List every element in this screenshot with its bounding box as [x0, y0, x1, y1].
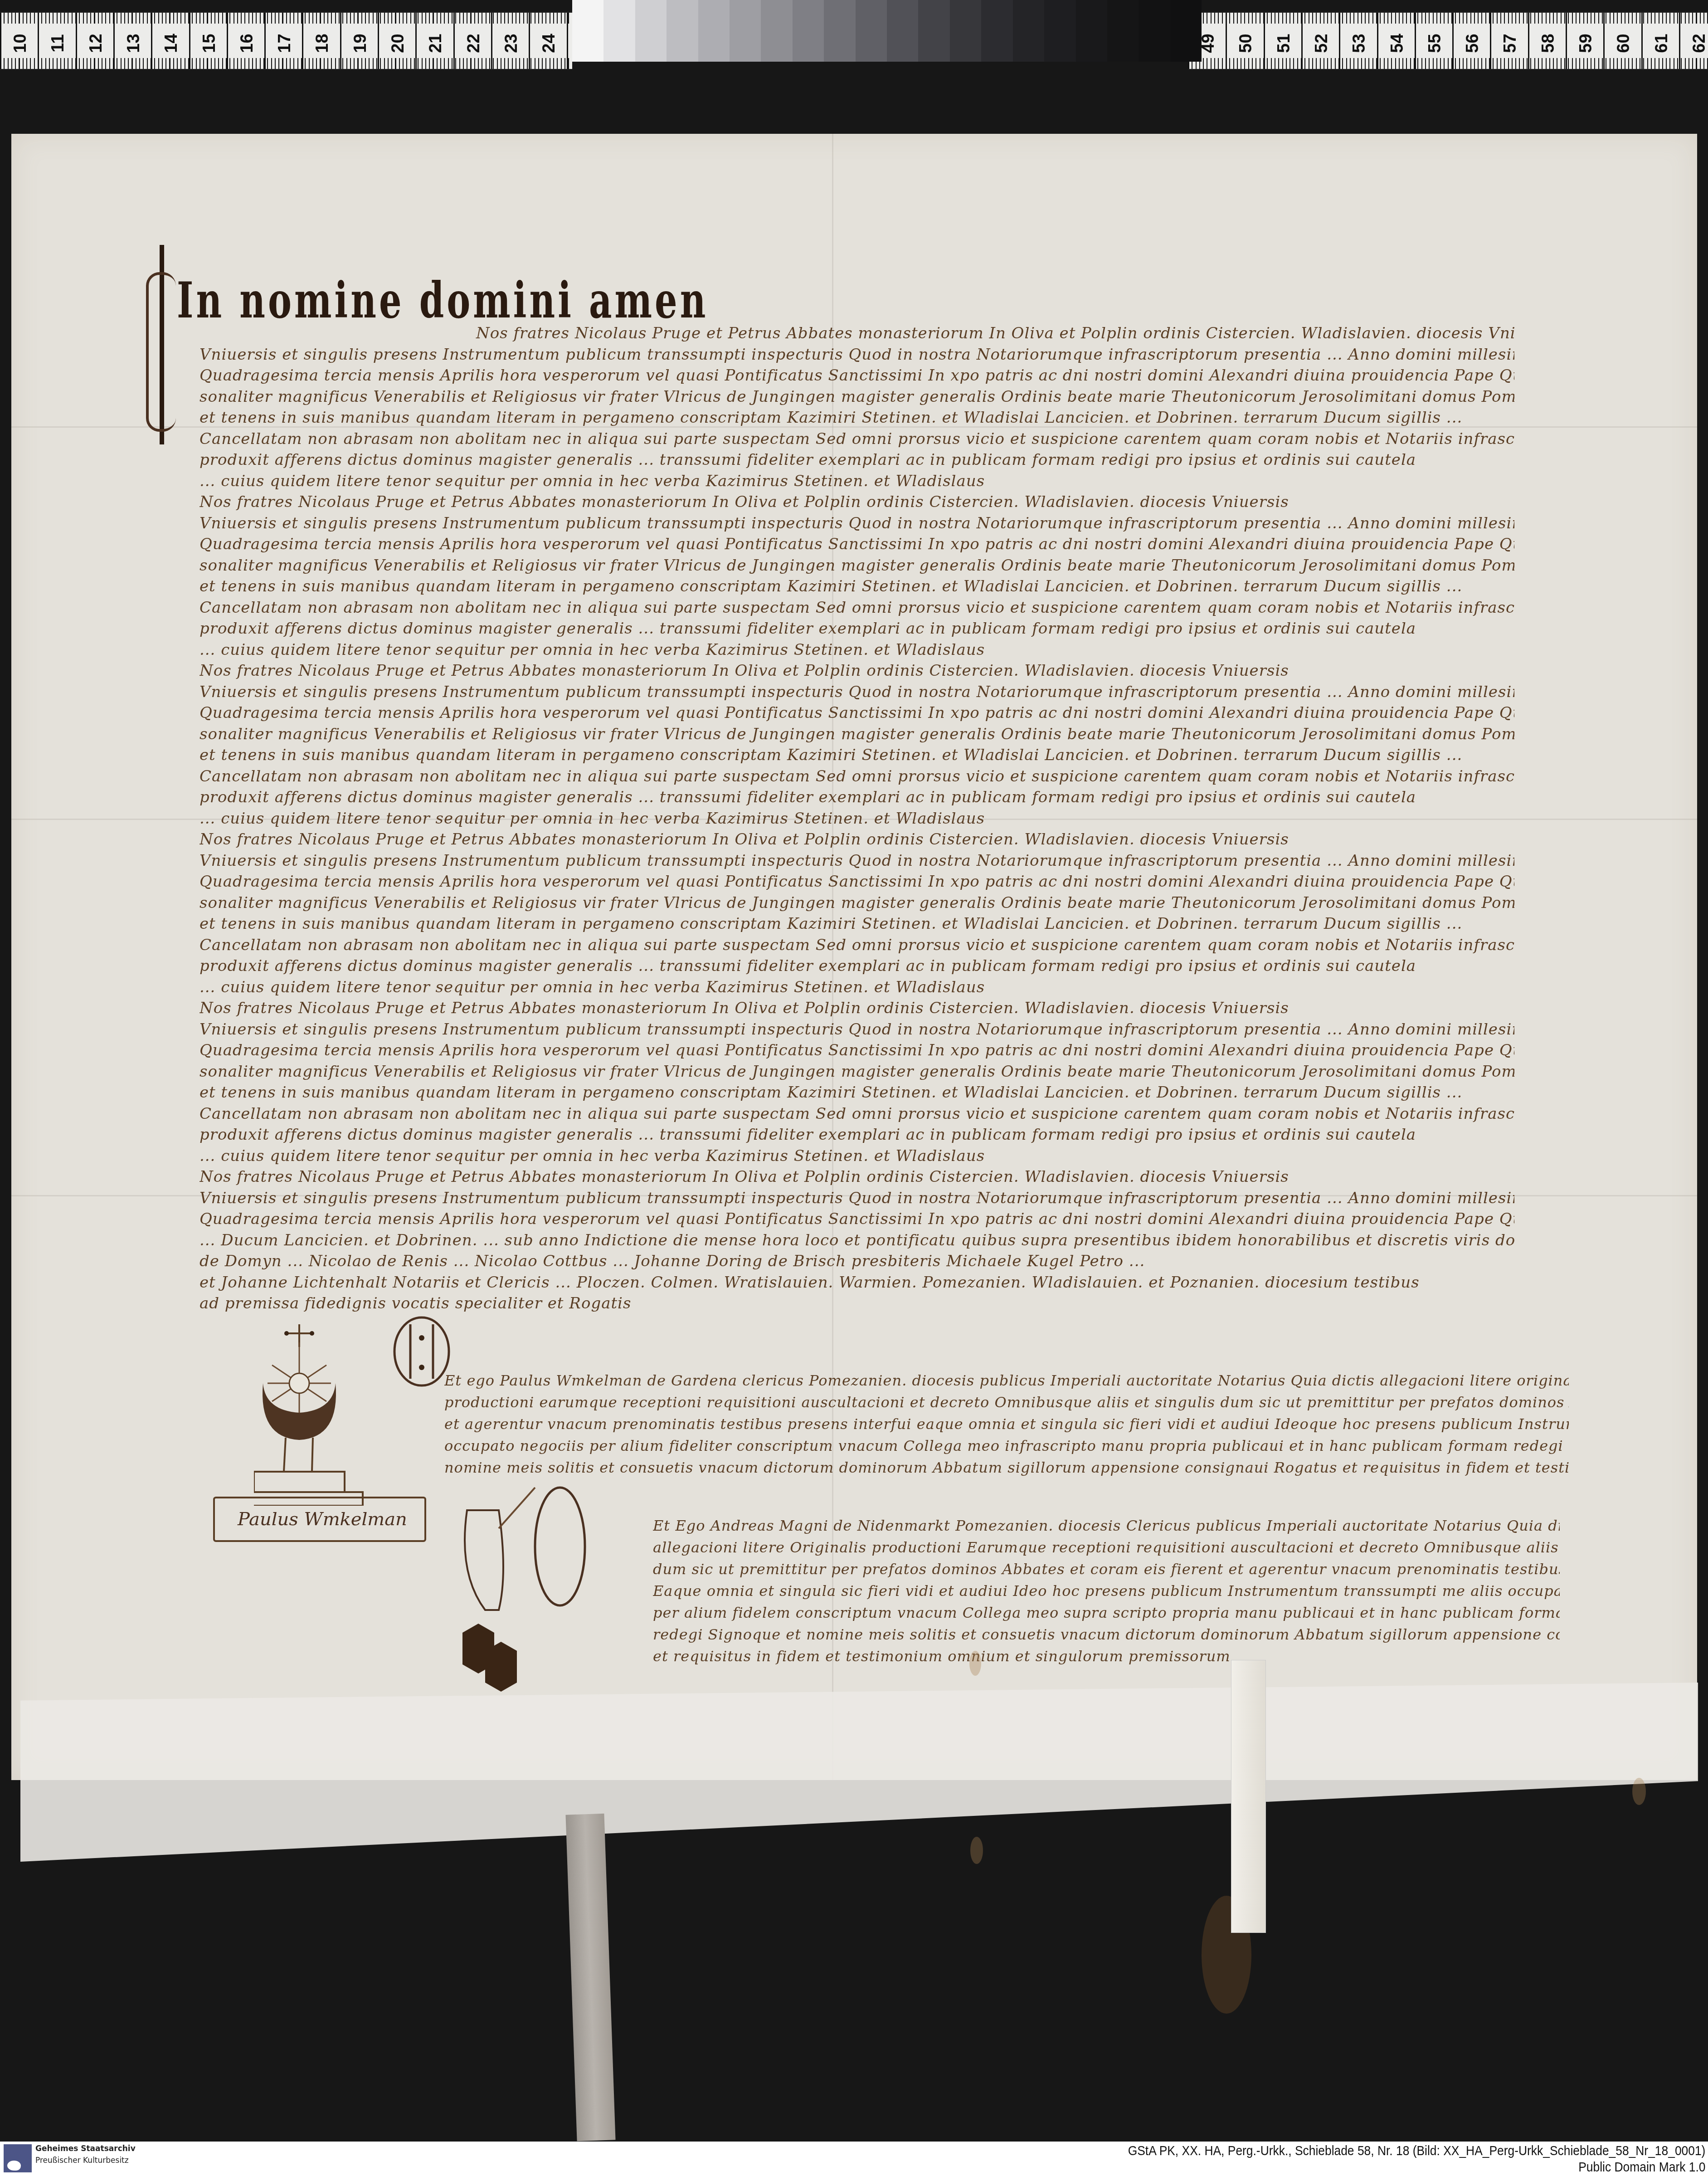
subscription-line: allegacioni litere Originalis production… [653, 1537, 1560, 1558]
subscription-line: Et Ego Andreas Magni de Nidenmarkt Pomez… [653, 1515, 1560, 1537]
notary-name-label: Paulus Wmkelman [213, 1497, 426, 1542]
grayscale-step [981, 0, 1012, 62]
ruler-cell: 52 [1301, 13, 1339, 69]
charter-text-line: produxit afferens dictus dominus magiste… [200, 956, 1514, 977]
charter-text-line: Cancellatam non abrasam non abolitam nec… [200, 429, 1514, 450]
ruler-cell: 58 [1528, 13, 1566, 69]
ruler-cell: 18 [302, 13, 340, 69]
charter-text-line: produxit afferens dictus dominus magiste… [200, 1124, 1514, 1146]
grayscale-step [603, 0, 635, 62]
charter-text-line: Quadragesima tercia mensis Aprilis hora … [200, 365, 1514, 386]
charter-text-line: et tenens in suis manibus quandam litera… [200, 407, 1514, 429]
ruler-number: 60 [1614, 33, 1634, 54]
grayscale-step [635, 0, 667, 62]
subscription-line: dum sic ut premittitur per prefatos domi… [653, 1558, 1560, 1580]
ruler-number: 54 [1387, 33, 1407, 54]
charter-text-line: ... cuius quidem litere tenor sequitur p… [200, 639, 1514, 661]
charter-text-line: et tenens in suis manibus quandam litera… [200, 745, 1514, 766]
subscription-line: nomine meis solitis et consuetis vnacum … [444, 1457, 1569, 1478]
ruler-number: 21 [426, 33, 446, 54]
ruler-cell: 20 [378, 13, 415, 69]
ruler-cell: 23 [491, 13, 529, 69]
ruler-number: 14 [162, 33, 181, 54]
subscription-line: per alium fidelem conscriptum vnacum Col… [653, 1602, 1560, 1624]
institution-name: Geheimes Staatsarchiv [35, 2144, 136, 2153]
charter-text-line: ... Ducum Lancicien. et Dobrinen. ... su… [200, 1230, 1514, 1251]
ruler-number: 52 [1312, 33, 1331, 54]
ruler-cell: 13 [113, 13, 151, 69]
grayscale-step [667, 0, 698, 62]
ruler-number: 13 [124, 33, 143, 54]
ruler-cell: 62 [1679, 13, 1708, 69]
grayscale-calibration-strip [572, 0, 1202, 62]
grayscale-step [950, 0, 981, 62]
seal-tag-strip-left [565, 1814, 615, 2142]
archive-footer: Geheimes Staatsarchiv Preußischer Kultur… [0, 2142, 1708, 2176]
grayscale-step [1013, 0, 1044, 62]
license-text: Public Domain Mark 1.0 [1578, 2160, 1705, 2175]
charter-text-line: Quadragesima tercia mensis Aprilis hora … [200, 1040, 1514, 1061]
ruler-number: 11 [49, 33, 68, 54]
charter-text-line: Quadragesima tercia mensis Aprilis hora … [200, 871, 1514, 893]
stain [970, 1837, 983, 1864]
notarial-signum-figure-cubes-icon [449, 1483, 603, 1692]
charter-text-line: produxit afferens dictus dominus magiste… [200, 449, 1514, 471]
charter-text-line: produxit afferens dictus dominus magiste… [200, 618, 1514, 639]
ruler-number: 24 [540, 33, 559, 54]
charter-text-line: produxit afferens dictus dominus magiste… [200, 787, 1514, 808]
charter-text-line: Cancellatam non abrasam non abolitam nec… [200, 597, 1514, 619]
ruler-cell: 21 [415, 13, 453, 69]
subscription-line: redegi Signoque et nomine meis solitis e… [653, 1624, 1560, 1645]
stain [969, 1651, 981, 1676]
ruler-cell: 59 [1566, 13, 1603, 69]
charter-text-line: Nos fratres Nicolaus Pruge et Petrus Abb… [200, 998, 1514, 1019]
ruler-cell: 54 [1377, 13, 1415, 69]
ruler-number: 50 [1236, 33, 1256, 54]
grayscale-step [1107, 0, 1139, 62]
ruler-number: 12 [86, 33, 106, 54]
charter-text-line: ... cuius quidem litere tenor sequitur p… [200, 1146, 1514, 1167]
ruler-number: 56 [1463, 33, 1483, 54]
charter-text-line: Nos fratres Nicolaus Pruge et Petrus Abb… [200, 323, 1514, 344]
grayscale-step [730, 0, 761, 62]
subscription-line: et requisitus in fidem et testimonium om… [653, 1645, 1560, 1667]
charter-text-line: Nos fratres Nicolaus Pruge et Petrus Abb… [200, 1166, 1514, 1188]
charter-text-line: Vniuersis et singulis presens Instrument… [200, 513, 1514, 534]
charter-text-line: Nos fratres Nicolaus Pruge et Petrus Abb… [200, 660, 1514, 682]
ruler-cell: 22 [453, 13, 491, 69]
charter-text-line: et tenens in suis manibus quandam litera… [200, 1082, 1514, 1103]
ruler-cell: 57 [1490, 13, 1528, 69]
notary-monogram-icon [390, 1315, 453, 1388]
charter-text-line: Vniuersis et singulis presens Instrument… [200, 1019, 1514, 1040]
ruler-cell: 24 [529, 13, 566, 69]
archival-citation: GStA PK, XX. HA, Perg.-Urkk., Schieblade… [1128, 2143, 1705, 2159]
charter-text-line: Vniuersis et singulis presens Instrument… [200, 1188, 1514, 1209]
ruler-number: 18 [313, 33, 332, 54]
ruler-number: 15 [200, 33, 219, 54]
charter-text-line: sonaliter magnificus Venerabilis et Reli… [200, 724, 1514, 745]
grayscale-step [698, 0, 730, 62]
charter-text-line: Vniuersis et singulis presens Instrument… [200, 344, 1514, 366]
charter-text-line: et Johanne Lichtenhalt Notariis et Cleri… [200, 1272, 1514, 1293]
subscription-line: occupato negociis per alium fideliter co… [444, 1435, 1569, 1457]
ruler-number: 17 [275, 33, 295, 54]
plica-folded-flap [20, 1683, 1698, 1862]
grayscale-step [887, 0, 918, 62]
charter-text-line: Quadragesima tercia mensis Aprilis hora … [200, 703, 1514, 724]
ruler-cell: 19 [340, 13, 378, 69]
seal-tag-strip-right [1231, 1660, 1266, 1933]
charter-text-line: Cancellatam non abrasam non abolitam nec… [200, 935, 1514, 956]
grayscale-step [1044, 0, 1075, 62]
subscription-line: productioni earumque receptioni requisit… [444, 1391, 1569, 1413]
charter-text-line: ... cuius quidem litere tenor sequitur p… [200, 471, 1514, 492]
ruler-cell: 12 [76, 13, 113, 69]
charter-text-line: et tenens in suis manibus quandam litera… [200, 913, 1514, 935]
charter-text-line: Cancellatam non abrasam non abolitam nec… [200, 766, 1514, 787]
charter-text-line: sonaliter magnificus Venerabilis et Reli… [200, 386, 1514, 408]
charter-text-line: Vniuersis et singulis presens Instrument… [200, 682, 1514, 703]
ruler-cell: 50 [1226, 13, 1263, 69]
invocation-heading: In nomine domini amen [177, 272, 708, 330]
ruler-number: 58 [1538, 33, 1558, 54]
charter-text-line: sonaliter magnificus Venerabilis et Reli… [200, 555, 1514, 576]
ruler-number: 55 [1425, 33, 1445, 54]
ruler-cell: 16 [227, 13, 264, 69]
charter-text-line: de Domyn ... Nicolao de Renis ... Nicola… [200, 1251, 1514, 1272]
ruler-number: 57 [1501, 33, 1520, 54]
grayscale-step [918, 0, 949, 62]
ruler-number: 53 [1350, 33, 1369, 54]
ruler-number: 22 [464, 33, 483, 54]
ruler-cell: 10 [0, 13, 38, 69]
ruler-cell: 55 [1415, 13, 1452, 69]
grayscale-step [572, 0, 603, 62]
ruler-cell: 53 [1339, 13, 1377, 69]
ruler-number: 20 [389, 33, 408, 54]
subscription-line: Et ego Paulus Wmkelman de Gardena cleric… [444, 1370, 1569, 1391]
ruler-cell: 11 [38, 13, 75, 69]
grayscale-step [856, 0, 887, 62]
archive-eagle-logo-icon [4, 2144, 32, 2172]
ruler-number: 10 [11, 33, 30, 54]
charter-text-line: sonaliter magnificus Venerabilis et Reli… [200, 1061, 1514, 1083]
grayscale-step [761, 0, 792, 62]
ruler-cell: 56 [1452, 13, 1490, 69]
charter-text-line: Quadragesima tercia mensis Aprilis hora … [200, 1209, 1514, 1230]
grayscale-step [1139, 0, 1170, 62]
ruler-cell: 25 [567, 13, 573, 69]
institution-subtitle: Preußischer Kulturbesitz [35, 2156, 129, 2165]
ruler-cell: 61 [1641, 13, 1679, 69]
measuring-ruler-left: 10111213141516171819202122232425262728 [0, 12, 572, 70]
grayscale-step [1170, 0, 1202, 62]
ruler-cell: 17 [264, 13, 302, 69]
charter-text-line: ... cuius quidem litere tenor sequitur p… [200, 808, 1514, 829]
ruler-cell: 60 [1603, 13, 1641, 69]
subscription-line: et agerentur vnacum prenominatis testibu… [444, 1413, 1569, 1435]
notary-subscription-andreas: Et Ego Andreas Magni de Nidenmarkt Pomez… [653, 1515, 1560, 1667]
ruler-number: 59 [1577, 33, 1596, 54]
notary-subscription-paulus: Et ego Paulus Wmkelman de Gardena cleric… [444, 1370, 1569, 1478]
ruler-cell: 14 [151, 13, 189, 69]
charter-text-line: sonaliter magnificus Venerabilis et Reli… [200, 893, 1514, 914]
measuring-ruler-right: 4950515253545556575859606162636465 [1188, 12, 1708, 70]
ruler-cell: 15 [189, 13, 227, 69]
charter-main-text: Nos fratres Nicolaus Pruge et Petrus Abb… [200, 323, 1514, 1314]
grayscale-step [824, 0, 855, 62]
charter-text-line: Nos fratres Nicolaus Pruge et Petrus Abb… [200, 492, 1514, 513]
charter-text-line: ... cuius quidem litere tenor sequitur p… [200, 977, 1514, 998]
grayscale-step [1076, 0, 1107, 62]
grayscale-step [793, 0, 824, 62]
ruler-number: 62 [1689, 33, 1708, 54]
ruler-number: 23 [501, 33, 521, 54]
ruler-number: 16 [237, 33, 257, 54]
charter-text-line: Vniuersis et singulis presens Instrument… [200, 850, 1514, 872]
ruler-cell: 51 [1264, 13, 1301, 69]
charter-text-line: ad premissa fidedignis vocatis specialit… [200, 1293, 1514, 1314]
charter-text-line: Nos fratres Nicolaus Pruge et Petrus Abb… [200, 829, 1514, 850]
charter-text-line: et tenens in suis manibus quandam litera… [200, 576, 1514, 597]
stain [1632, 1778, 1646, 1805]
ruler-number: 61 [1652, 33, 1671, 54]
charter-text-line: Cancellatam non abrasam non abolitam nec… [200, 1103, 1514, 1125]
ruler-number: 51 [1274, 33, 1294, 54]
charter-text-line: Quadragesima tercia mensis Aprilis hora … [200, 534, 1514, 555]
ruler-number: 19 [350, 33, 370, 54]
subscription-line: Eaque omnia et singula sic fieri vidi et… [653, 1580, 1560, 1602]
